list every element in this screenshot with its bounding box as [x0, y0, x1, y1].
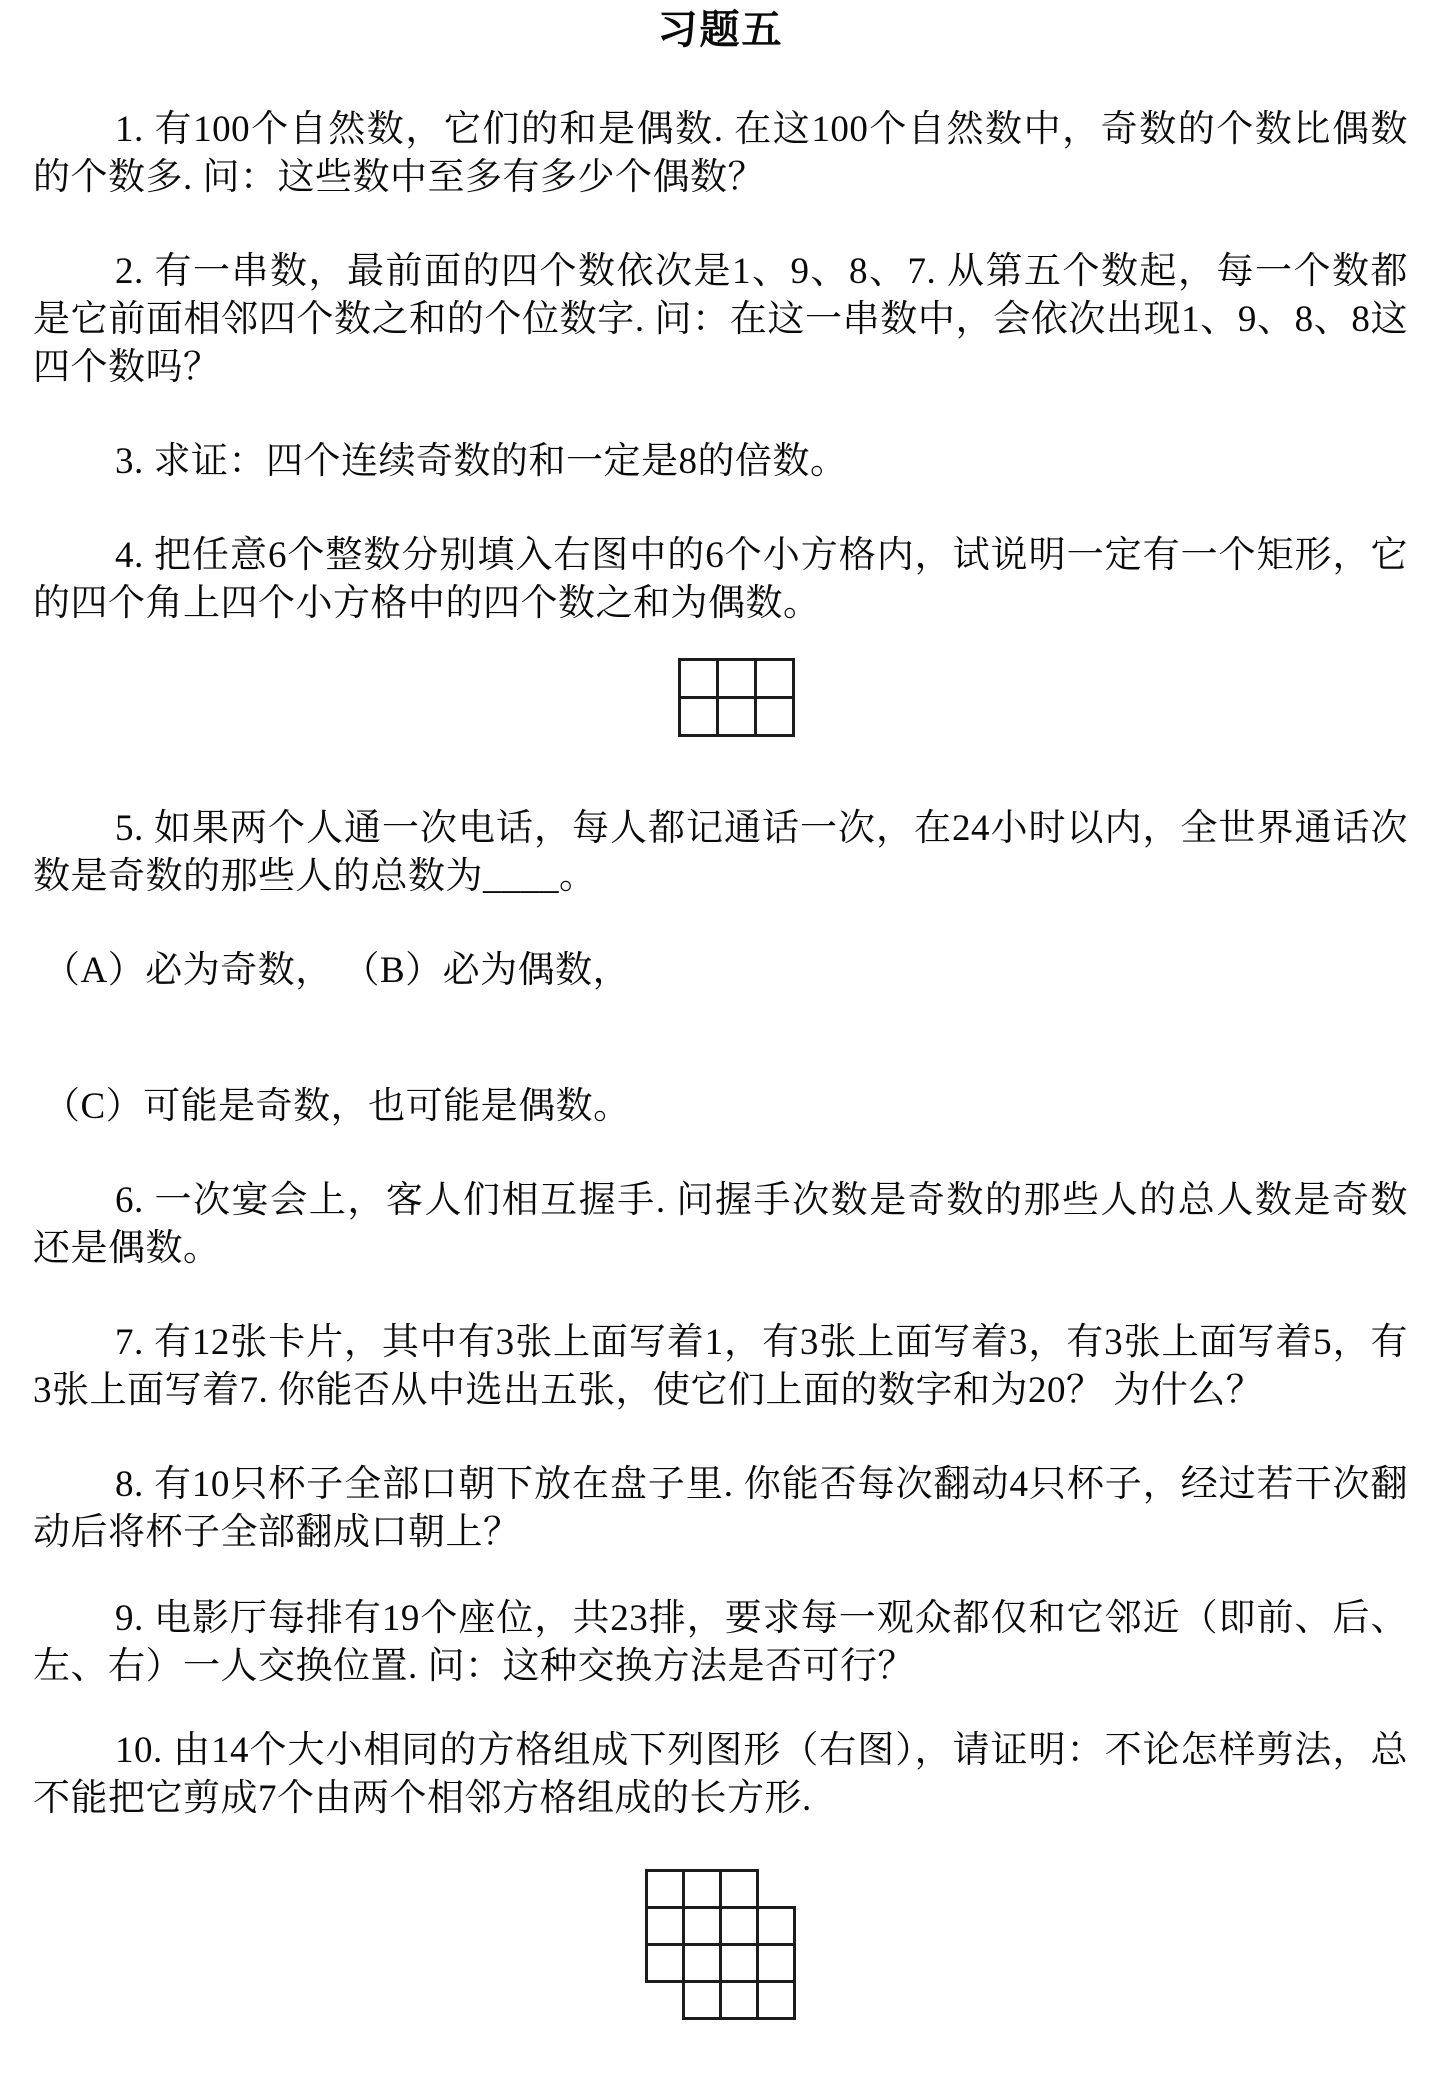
- problem-paragraph-3: 3. 求证：四个连续奇数的和一定是8的倍数。: [33, 438, 1408, 486]
- page-title: 习题五: [33, 6, 1408, 54]
- grid-cell: [645, 1869, 685, 1909]
- problem-paragraph-1: 1. 有100个自然数，它们的和是偶数. 在这100个自然数中，奇数的个数比偶数…: [33, 106, 1408, 202]
- problem-paragraph-10: 10. 由14个大小相同的方格组成下列图形（右图），请证明：不论怎样剪法，总不能…: [33, 1727, 1408, 1823]
- grid-cell: [756, 1980, 796, 2020]
- grid-cell: [678, 696, 719, 737]
- grid-cell: [719, 1943, 759, 1983]
- grid-cell: [682, 1943, 722, 1983]
- fourteen-square-figure: [645, 1869, 796, 2020]
- grid-cell: [682, 1869, 722, 1909]
- figure-row-problem-4: [33, 658, 1408, 737]
- document-page: 习题五 1. 有100个自然数，它们的和是偶数. 在这100个自然数中，奇数的个…: [0, 0, 1432, 2020]
- grid-cell: [754, 658, 795, 699]
- grid-cell: [678, 658, 719, 699]
- problem-paragraph-6: 6. 一次宴会上，客人们相互握手. 问握手次数是奇数的那些人的总人数是奇数还是偶…: [33, 1177, 1408, 1273]
- grid-cell: [682, 1980, 722, 2020]
- grid-cell: [719, 1869, 759, 1909]
- grid-cell: [645, 1943, 685, 1983]
- grid-cell: [756, 1943, 796, 1983]
- problem-paragraph-8: 8. 有10只杯子全部口朝下放在盘子里. 你能否每次翻动4只杯子，经过若干次翻动…: [33, 1461, 1408, 1557]
- six-cell-grid-figure: [678, 658, 795, 737]
- choice-line-ab: （A）必为奇数， （B）必为偶数，: [33, 947, 1408, 995]
- problem-paragraph-4: 4. 把任意6个整数分别填入右图中的6个小方格内，试说明一定有一个矩形，它的四个…: [33, 532, 1408, 628]
- grid-cell: [756, 1906, 796, 1946]
- grid-cell: [645, 1906, 685, 1946]
- problem-paragraph-2: 2. 有一串数，最前面的四个数依次是1、9、8、7. 从第五个数起，每一个数都是…: [33, 248, 1408, 392]
- grid-cell: [754, 696, 795, 737]
- figure-row-problem-10: [33, 1869, 1408, 2020]
- problem-paragraph-5: 5. 如果两个人通一次电话，每人都记通话一次，在24小时以内，全世界通话次数是奇…: [33, 805, 1408, 901]
- problem-paragraph-9: 9. 电影厅每排有19个座位，共23排，要求每一观众都仅和它邻近（即前、后、左、…: [33, 1595, 1408, 1691]
- choice-line-c: （C）可能是奇数，也可能是偶数。: [33, 1083, 1408, 1131]
- grid-cell: [719, 1980, 759, 2020]
- grid-cell: [682, 1906, 722, 1946]
- problem-paragraph-7: 7. 有12张卡片，其中有3张上面写着1，有3张上面写着3，有3张上面写着5，有…: [33, 1319, 1408, 1415]
- grid-cell: [716, 696, 757, 737]
- grid-cell: [719, 1906, 759, 1946]
- grid-cell: [716, 658, 757, 699]
